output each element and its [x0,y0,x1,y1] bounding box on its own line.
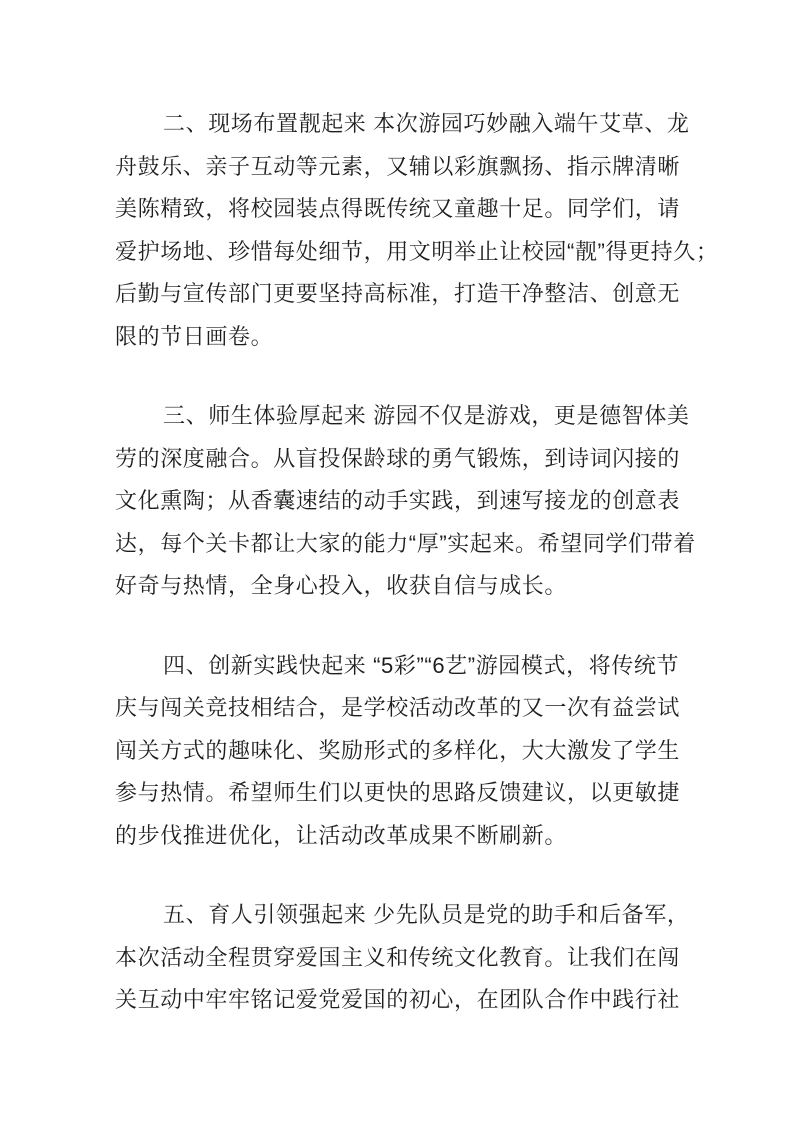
text-line: 后勤与宣传部门更要坚持高标准，打造干净整洁、创意无 [115,273,690,316]
paragraph: 三、师生体验厚起来 游园不仅是游戏，更是德智体美劳的深度融合。从盲投保龄球的勇气… [115,395,690,608]
text-line: 的步伐推进优化，让活动改革成果不断刷新。 [115,815,690,858]
text-line: 舟鼓乐、亲子互动等元素，又辅以彩旗飘扬、指示牌清晰 [115,146,690,189]
text-line: 关互动中牢牢铭记爱党爱国的初心，在团队合作中践行社 [115,979,690,1022]
text-line: 四、创新实践快起来 “5彩”“6艺”游园模式，将传统节 [115,645,690,688]
text-line: 爱护场地、珍惜每处细节，用文明举止让校园“靓”得更持久； [115,231,690,274]
text-line: 美陈精致，将校园装点得既传统又童趣十足。同学们，请 [115,188,690,231]
text-line: 参与热情。希望师生们以更快的思路反馈建议，以更敏捷 [115,772,690,815]
text-line: 达，每个关卡都让大家的能力“厚”实起来。希望同学们带着 [115,523,690,566]
text-line: 三、师生体验厚起来 游园不仅是游戏，更是德智体美 [115,395,690,438]
text-line: 五、育人引领强起来 少先队员是党的助手和后备军， [115,894,690,937]
text-line: 劳的深度融合。从盲投保龄球的勇气锻炼，到诗词闪接的 [115,438,690,481]
text-line: 闯关方式的趣味化、奖励形式的多样化，大大激发了学生 [115,730,690,773]
text-line: 好奇与热情，全身心投入，收获自信与成长。 [115,565,690,608]
text-line: 庆与闯关竞技相结合，是学校活动改革的又一次有益尝试 [115,687,690,730]
document-page: 二、现场布置靓起来 本次游园巧妙融入端午艾草、龙舟鼓乐、亲子互动等元素，又辅以彩… [0,0,793,1122]
text-line: 二、现场布置靓起来 本次游园巧妙融入端午艾草、龙 [115,103,690,146]
text-line: 本次活动全程贯穿爱国主义和传统文化教育。让我们在闯 [115,937,690,980]
paragraph: 二、现场布置靓起来 本次游园巧妙融入端午艾草、龙舟鼓乐、亲子互动等元素，又辅以彩… [115,103,690,358]
paragraph: 四、创新实践快起来 “5彩”“6艺”游园模式，将传统节庆与闯关竞技相结合，是学校… [115,645,690,858]
paragraph: 五、育人引领强起来 少先队员是党的助手和后备军，本次活动全程贯穿爱国主义和传统文… [115,894,690,1022]
document-body: 二、现场布置靓起来 本次游园巧妙融入端午艾草、龙舟鼓乐、亲子互动等元素，又辅以彩… [115,103,690,1022]
text-line: 文化熏陶；从香囊速结的动手实践，到速写接龙的创意表 [115,480,690,523]
text-line: 限的节日画卷。 [115,316,690,359]
